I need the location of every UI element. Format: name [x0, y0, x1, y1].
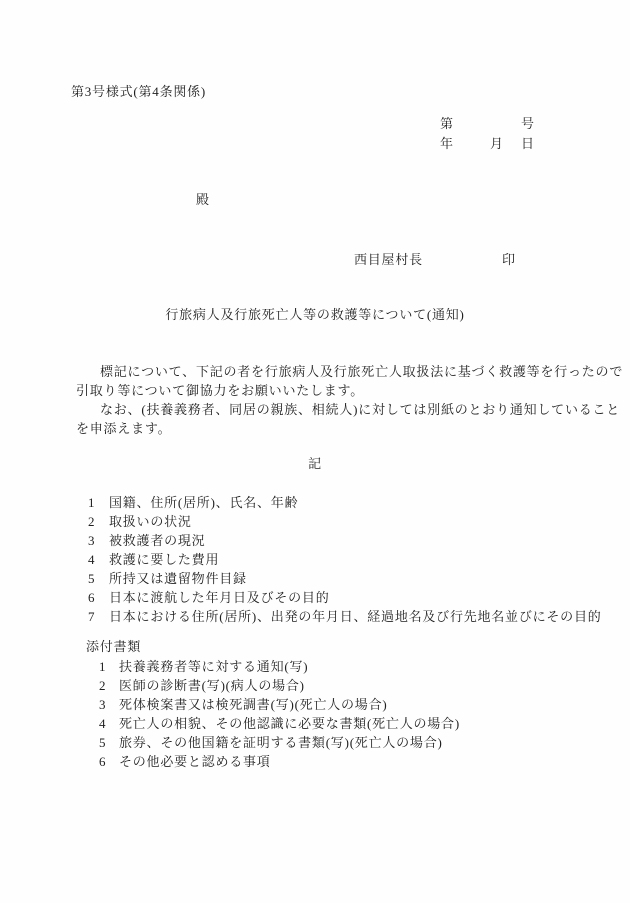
body-line: 引取り等について御協力をお願いいたします。 — [76, 380, 364, 399]
attachment-item-text: 死体検案書又は検死調書(写)(死亡人の場合) — [119, 697, 387, 712]
record-item-text: 被救護者の現況 — [109, 533, 205, 548]
record-marker: 記 — [0, 453, 630, 472]
date-year-label: 年 — [440, 133, 454, 152]
attachment-item-text: 死亡人の相貌、その他認識に必要な書類(死亡人の場合) — [119, 716, 460, 731]
attachment-item-number: 6 — [99, 754, 119, 770]
record-item-text: 救護に要した費用 — [109, 552, 219, 567]
body-line: を申添えます。 — [76, 418, 171, 437]
body-line: なお、(扶養義務者、同居の親族、相続人)に対しては別紙のとおり通知していること — [76, 399, 620, 418]
record-item-number: 6 — [88, 590, 109, 606]
attachment-item-text: 扶養義務者等に対する通知(写) — [119, 659, 308, 674]
attachment-item: 5旅券、その他国籍を証明する書類(写)(死亡人の場合) — [99, 732, 443, 751]
attachment-item-number: 2 — [99, 678, 119, 694]
attachment-item-text: 旅券、その他国籍を証明する書類(写)(死亡人の場合) — [119, 735, 443, 750]
record-item: 5所持又は遺留物件目録 — [88, 568, 247, 587]
record-item: 1国籍、住所(居所)、氏名、年齢 — [88, 492, 298, 511]
attachment-item-text: その他必要と認める事項 — [119, 754, 271, 769]
attachment-item: 2医師の診断書(写)(病人の場合) — [99, 675, 305, 694]
date-day-label: 日 — [521, 133, 535, 152]
record-item-number: 2 — [88, 514, 109, 530]
attachment-item: 3死体検案書又は検死調書(写)(死亡人の場合) — [99, 694, 387, 713]
addressee-honorific: 殿 — [196, 189, 210, 208]
attachment-item-number: 1 — [99, 659, 119, 675]
record-item-number: 4 — [88, 552, 109, 568]
date-month-label: 月 — [490, 133, 504, 152]
record-item: 7日本における住所(居所)、出発の年月日、経過地名及び行先地名並びにその目的 — [88, 606, 602, 625]
attachment-item-number: 3 — [99, 697, 119, 713]
doc-number-suffix: 号 — [521, 113, 535, 132]
attachment-item-text: 医師の診断書(写)(病人の場合) — [119, 678, 305, 693]
record-item: 2取扱いの状況 — [88, 511, 192, 530]
document-page: 第3号様式(第4条関係) 第 号 年 月 日 殿 西目屋村長 印 行旅病人及行旅… — [0, 0, 630, 903]
sender-title: 西目屋村長 — [354, 249, 423, 268]
record-item-text: 所持又は遺留物件目録 — [109, 571, 247, 586]
record-item-number: 1 — [88, 495, 109, 511]
attachments-heading: 添付書類 — [86, 636, 141, 655]
record-item-text: 取扱いの状況 — [109, 514, 192, 529]
record-item-number: 7 — [88, 609, 109, 625]
record-item: 4救護に要した費用 — [88, 549, 219, 568]
record-item-text: 日本に渡航した年月日及びその目的 — [109, 590, 329, 605]
attachment-item-number: 4 — [99, 716, 119, 732]
doc-number-prefix: 第 — [440, 113, 454, 132]
record-item-number: 3 — [88, 533, 109, 549]
body-line: 標記について、下記の者を行旅病人及行旅死亡人取扱法に基づく救護等を行ったので — [76, 361, 623, 380]
seal-mark: 印 — [502, 249, 516, 268]
subject-title: 行旅病人及行旅死亡人等の救護等について(通知) — [0, 304, 630, 323]
record-item: 6日本に渡航した年月日及びその目的 — [88, 587, 329, 606]
record-item-text: 日本における住所(居所)、出発の年月日、経過地名及び行先地名並びにその目的 — [109, 609, 602, 624]
record-item: 3被救護者の現況 — [88, 530, 205, 549]
form-number: 第3号様式(第4条関係) — [71, 81, 206, 100]
record-item-text: 国籍、住所(居所)、氏名、年齢 — [109, 495, 298, 510]
attachment-item: 6その他必要と認める事項 — [99, 751, 271, 770]
attachment-item: 4死亡人の相貌、その他認識に必要な書類(死亡人の場合) — [99, 713, 460, 732]
attachment-item: 1扶養義務者等に対する通知(写) — [99, 656, 308, 675]
record-item-number: 5 — [88, 571, 109, 587]
attachment-item-number: 5 — [99, 735, 119, 751]
